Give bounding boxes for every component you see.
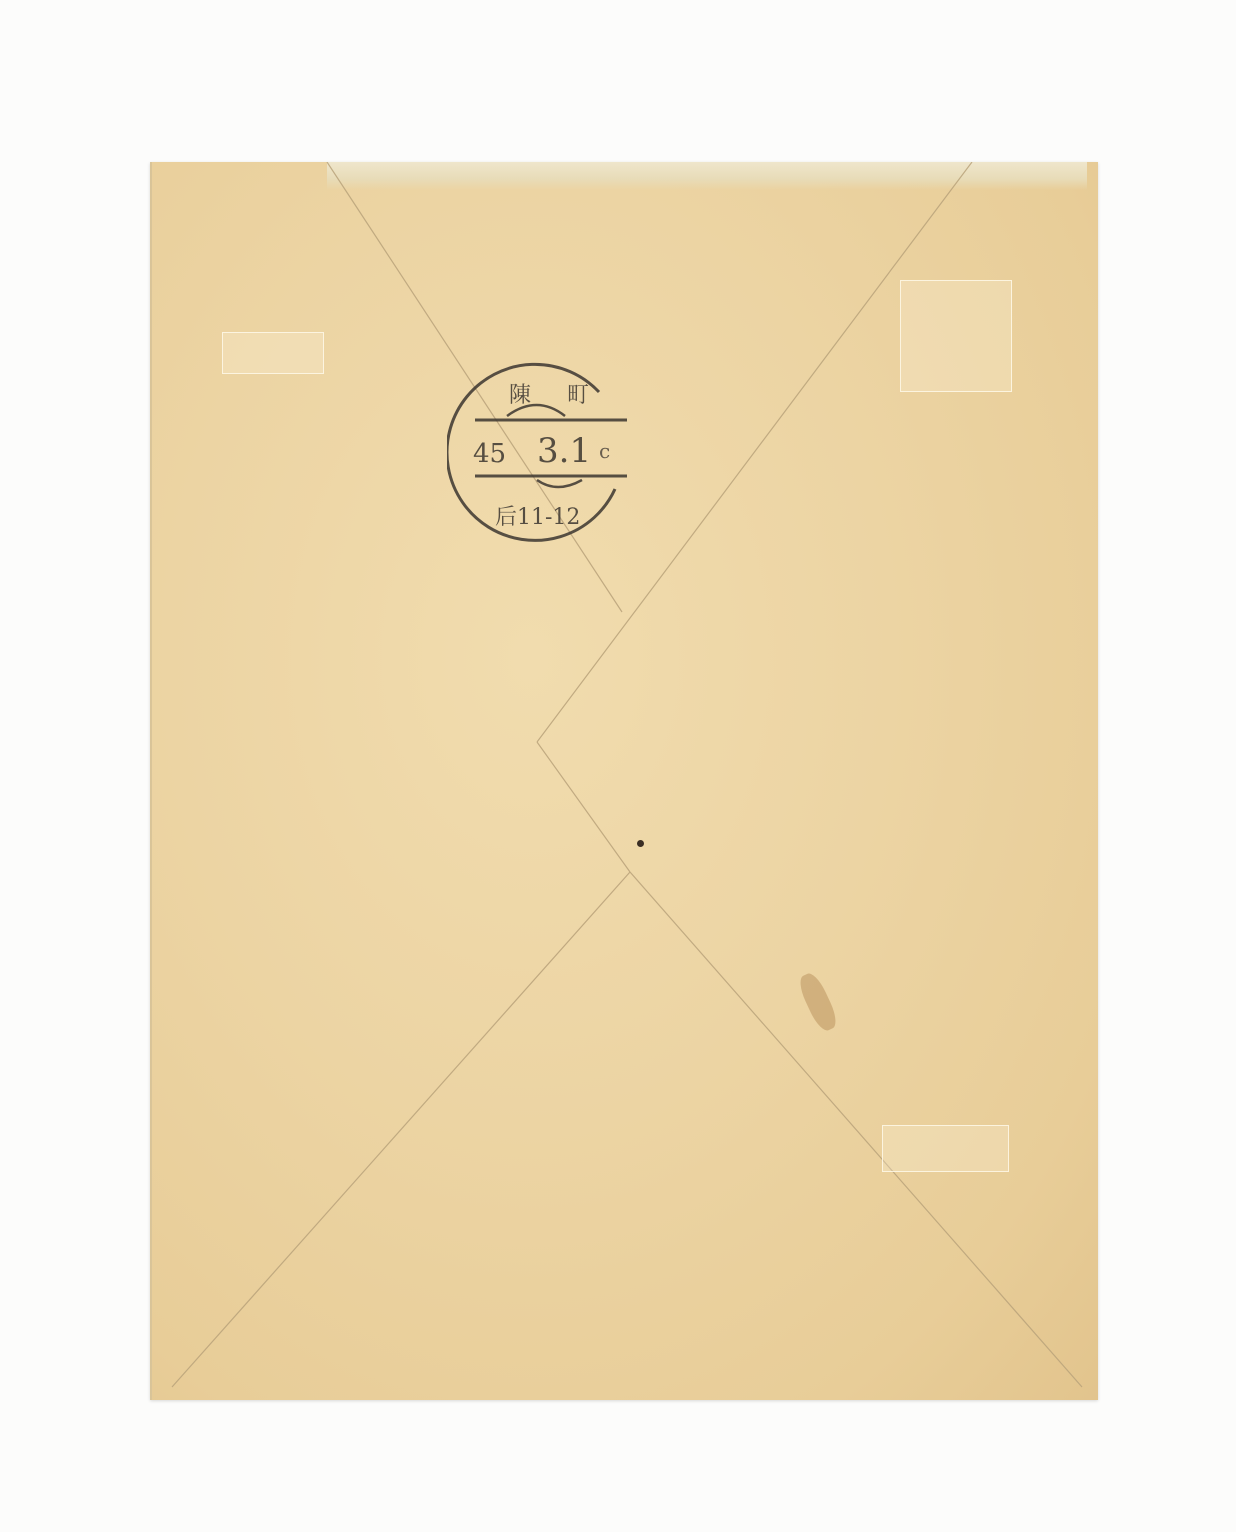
tape-residue-left — [222, 332, 324, 374]
postmark-stamp: 陳 町 45 3.1 c 后11-12 — [447, 354, 637, 544]
postmark-year: 45 — [473, 439, 506, 469]
postmark-time: 后11-12 — [495, 505, 580, 530]
envelope-back: 陳 町 45 3.1 c 后11-12 — [150, 162, 1098, 1400]
postmark-top-left-char: 陳 — [509, 383, 531, 408]
postmark-date: 3.1 — [537, 431, 591, 471]
postmark-top-right-char: 町 — [567, 383, 589, 408]
ink-dot — [637, 840, 644, 847]
postmark-date-suffix: c — [599, 439, 610, 463]
tape-residue-right-bottom — [882, 1125, 1009, 1172]
tape-residue-right-top — [900, 280, 1012, 392]
